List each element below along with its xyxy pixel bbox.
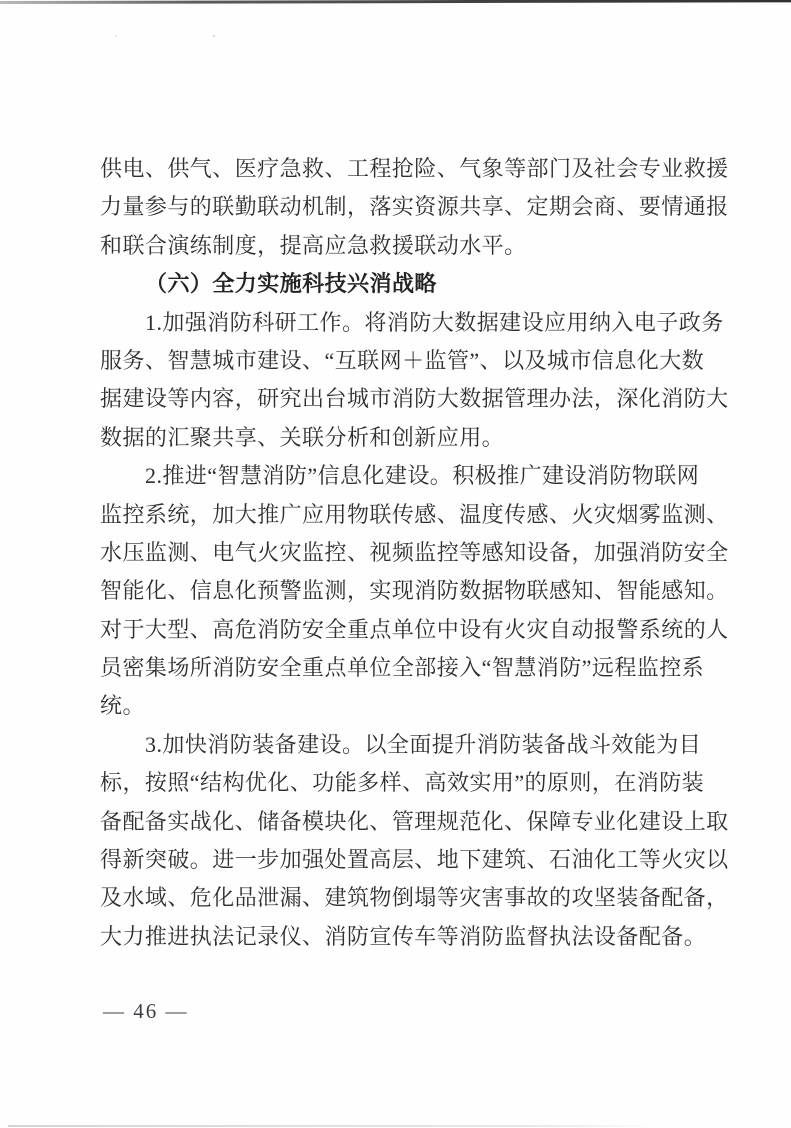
document-body: 供电、供气、医疗急救、工程抢险、气象等部门及社会专业救援力量参与的联勤联动机制，… bbox=[100, 150, 710, 956]
text-line: 大力推进执法记录仪、消防宣传车等消防监督执法设备配备。 bbox=[100, 918, 710, 956]
scan-speck bbox=[213, 35, 215, 37]
text-line: 员密集场所消防安全重点单位全部接入“智慧消防”远程监控系 bbox=[100, 649, 710, 687]
text-line: 统。 bbox=[100, 687, 710, 725]
text-line: 水压监测、电气火灾监控、视频监控等感知设备，加强消防安全 bbox=[100, 534, 710, 572]
text-line: 标，按照“结构优化、功能多样、高效实用”的原则，在消防装 bbox=[100, 764, 710, 802]
text-line: 服务、智慧城市建设、“互联网＋监管”、以及城市信息化大数 bbox=[100, 342, 710, 380]
text-line: 1.加强消防科研工作。将消防大数据建设应用纳入电子政务 bbox=[100, 304, 710, 342]
text-line: 监控系统，加大推广应用物联传感、温度传感、火灾烟雾监测、 bbox=[100, 496, 710, 534]
text-line: 得新突破。进一步加强处置高层、地下建筑、石油化工等火灾以 bbox=[100, 841, 710, 879]
text-line: 及水域、危化品泄漏、建筑物倒塌等灾害事故的攻坚装备配备， bbox=[100, 879, 710, 917]
scan-artifact-bottom-line bbox=[8, 1125, 658, 1127]
text-line: 力量参与的联勤联动机制，落实资源共享、定期会商、要情通报 bbox=[100, 188, 710, 226]
scan-artifact-top-line bbox=[0, 0, 791, 4]
text-line: 对于大型、高危消防安全重点单位中设有火灾自动报警系统的人 bbox=[100, 611, 710, 649]
text-line: 供电、供气、医疗急救、工程抢险、气象等部门及社会专业救援 bbox=[100, 150, 710, 188]
document-page: 供电、供气、医疗急救、工程抢险、气象等部门及社会专业救援力量参与的联勤联动机制，… bbox=[0, 0, 791, 1128]
text-line: 智能化、信息化预警监测，实现消防数据物联感知、智能感知。 bbox=[100, 572, 710, 610]
text-line: 据建设等内容，研究出台城市消防大数据管理办法，深化消防大 bbox=[100, 380, 710, 418]
text-line: 数据的汇聚共享、关联分析和创新应用。 bbox=[100, 419, 710, 457]
scan-speck bbox=[115, 35, 117, 37]
text-line: 和联合演练制度，提高应急救援联动水平。 bbox=[100, 227, 710, 265]
text-line: 3.加快消防装备建设。以全面提升消防装备战斗效能为目 bbox=[100, 726, 710, 764]
text-line: 2.推进“智慧消防”信息化建设。积极推广建设消防物联网 bbox=[100, 457, 710, 495]
section-heading: （六）全力实施科技兴消战略 bbox=[100, 265, 710, 303]
page-number: — 46 — bbox=[103, 999, 189, 1024]
text-line: 备配备实战化、储备模块化、管理规范化、保障专业化建设上取 bbox=[100, 803, 710, 841]
